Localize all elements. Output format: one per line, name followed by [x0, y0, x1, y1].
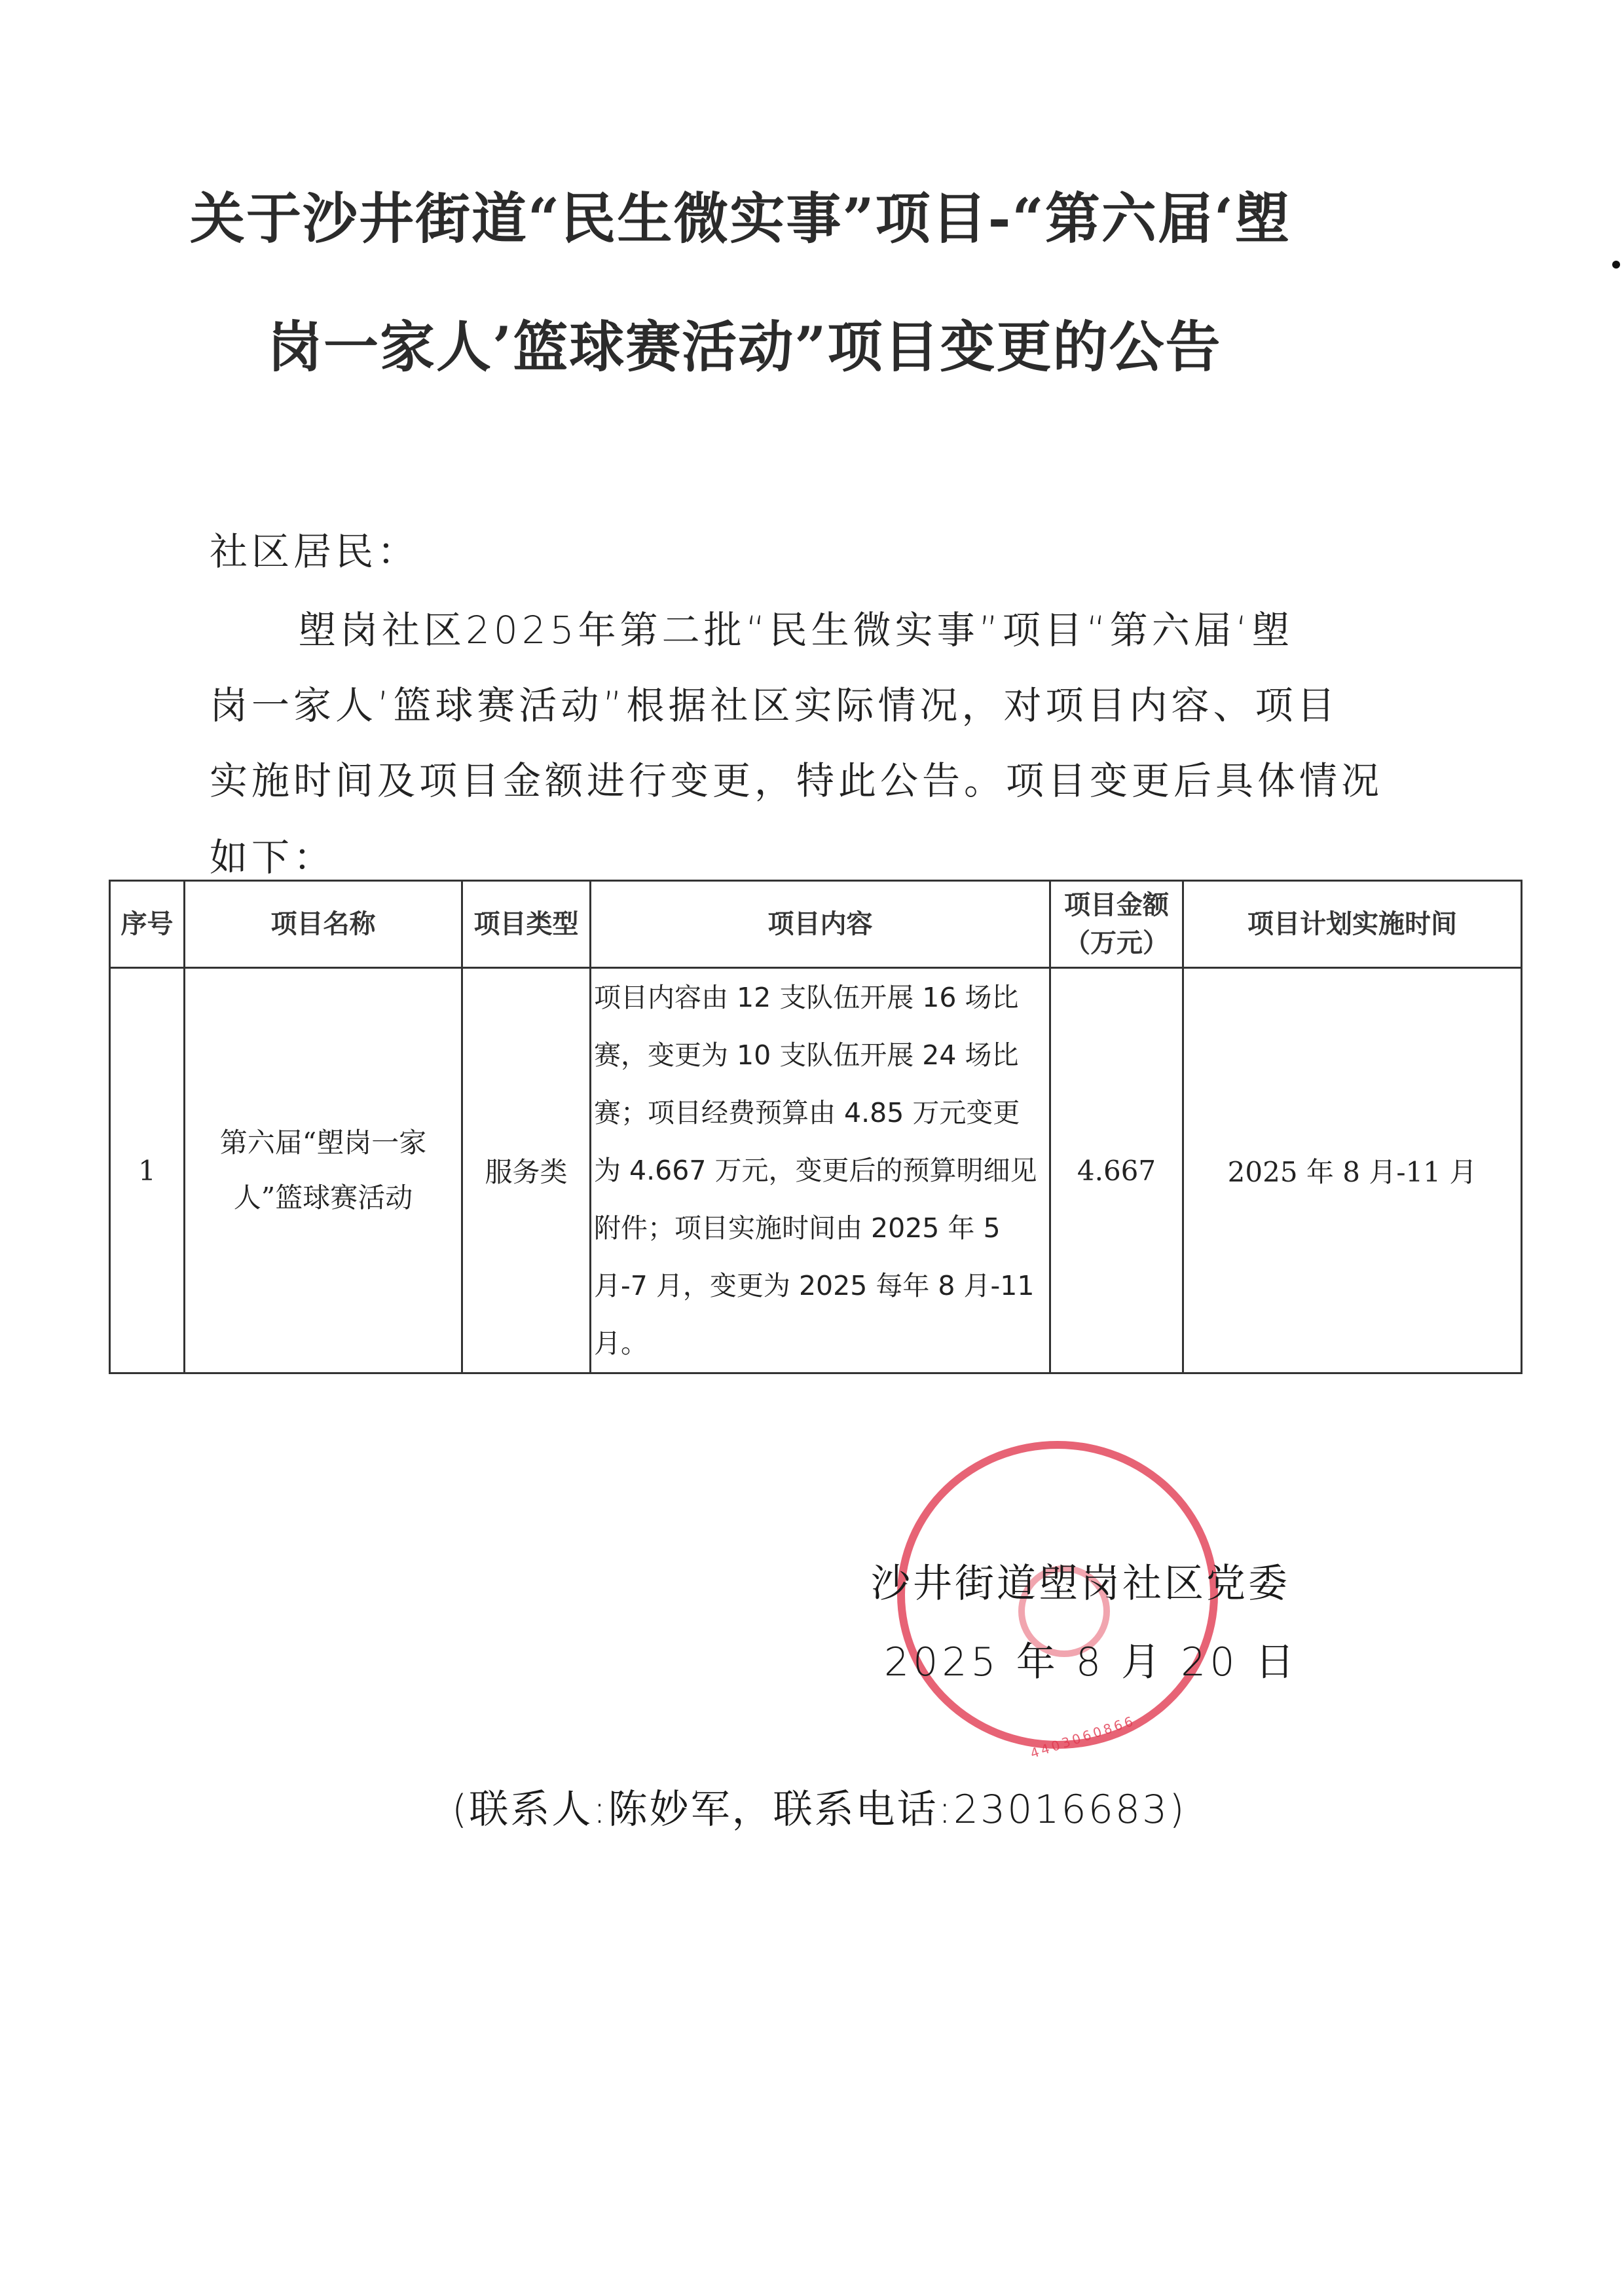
contact-info: (联系人:陈妙军，联系电话:23016683) — [452, 1778, 1187, 1835]
paragraph-line-3: 实施时间及项目金额进行变更，特此公告。项目变更后具体情况 — [210, 750, 1383, 805]
cell-project-amount: 4.667 — [1050, 968, 1183, 1373]
header-amount-line-1: 项目金额 — [1051, 886, 1182, 924]
document-title-line-1: 关于沙井街道“民生微实事”项目-“第六届‘塱 — [190, 191, 1434, 246]
scan-speck — [1612, 261, 1620, 269]
cell-project-type: 服务类 — [462, 968, 591, 1373]
document-title-line-2: 岗一家人’篮球赛活动”项目变更的公告 — [267, 320, 1511, 375]
project-change-table: 序号 项目名称 项目类型 项目内容 项目金额 （万元） 项目计划实施时间 1 第… — [109, 880, 1522, 1374]
paragraph-line-1: 塱岗社区2025年第二批“民生微实事”项目“第六届‘塱 — [298, 599, 1293, 654]
salutation: 社区居民： — [210, 521, 419, 576]
header-project-type: 项目类型 — [462, 881, 591, 968]
header-serial: 序号 — [110, 881, 185, 968]
cell-project-schedule: 2025 年 8 月-11 月 — [1183, 968, 1522, 1373]
header-project-schedule: 项目计划实施时间 — [1183, 881, 1522, 968]
table-header-row: 序号 项目名称 项目类型 项目内容 项目金额 （万元） 项目计划实施时间 — [110, 881, 1522, 968]
header-project-content: 项目内容 — [591, 881, 1050, 968]
table-row: 1 第六届“塱岗一家人”篮球赛活动 服务类 项目内容由 12 支队伍开展 16 … — [110, 968, 1522, 1373]
paragraph-line-4: 如下： — [210, 827, 335, 882]
header-project-name: 项目名称 — [185, 881, 462, 968]
header-project-amount: 项目金额 （万元） — [1050, 881, 1183, 968]
cell-project-name: 第六届“塱岗一家人”篮球赛活动 — [185, 968, 462, 1373]
signing-organization: 沙井街道塱岗社区党委 — [871, 1552, 1290, 1609]
paragraph-line-2: 岗一家人’篮球赛活动”根据社区实际情况，对项目内容、项目 — [210, 675, 1339, 730]
cell-serial: 1 — [110, 968, 185, 1373]
signing-date: 2025 年 8 月 20 日 — [884, 1631, 1299, 1687]
cell-project-content: 项目内容由 12 支队伍开展 16 场比赛，变更为 10 支队伍开展 24 场比… — [591, 968, 1050, 1373]
header-amount-line-2: （万元） — [1051, 924, 1182, 962]
